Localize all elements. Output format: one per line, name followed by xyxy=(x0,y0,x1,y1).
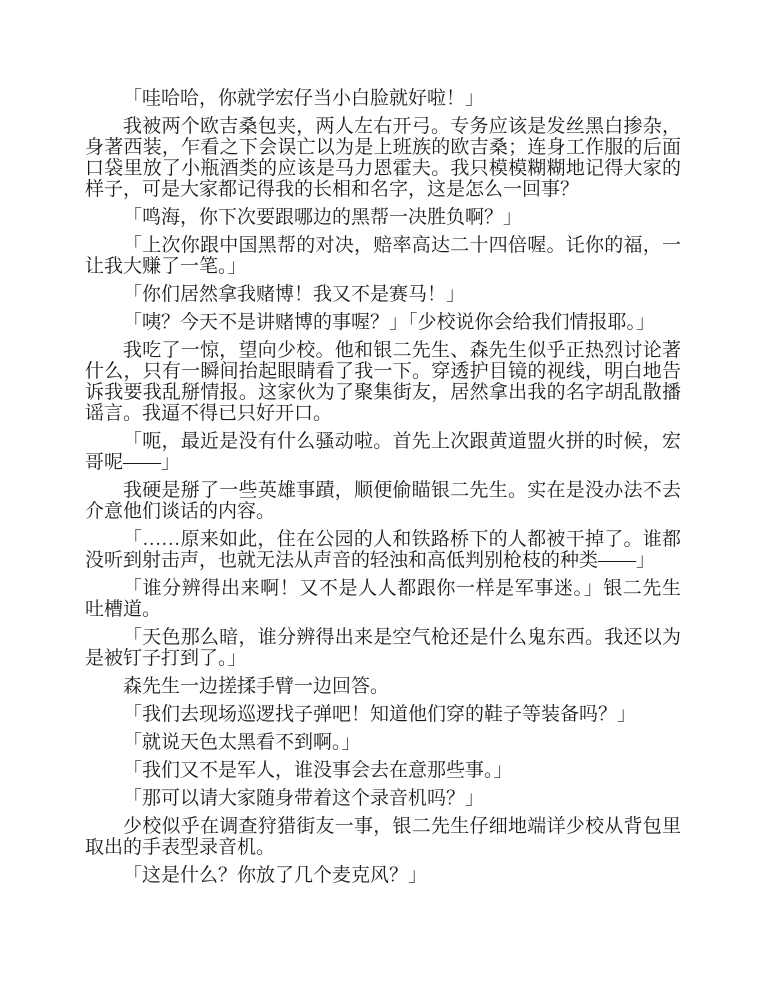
paragraph: 少校似乎在调查狩猎街友一事，银二先生仔细地端详少校从背包里取出的手表型录音机。 xyxy=(85,816,681,858)
paragraph: 「你们居然拿我赌博！我又不是赛马！」 xyxy=(85,284,681,305)
paragraph: 「咦？今天不是讲赌博的事喔？」「少校说你会给我们情报耶。」 xyxy=(85,312,681,333)
paragraph: 「这是什么？你放了几个麦克风？」 xyxy=(85,865,681,886)
paragraph: 「哇哈哈，你就学宏仔当小白脸就好啦！」 xyxy=(85,88,681,109)
paragraph: 我被两个欧吉桑包夹，两人左右开弓。专务应该是发丝黑白掺杂，身著西装，乍看之下会误… xyxy=(85,116,681,200)
paragraph: 「鸣海，你下次要跟哪边的黑帮一决胜负啊？」 xyxy=(85,207,681,228)
paragraph: 「……原来如此，住在公园的人和铁路桥下的人都被干掉了。谁都没听到射击声，也就无法… xyxy=(85,529,681,571)
paragraph: 「我们去现场巡逻找子弹吧！知道他们穿的鞋子等装备吗？」 xyxy=(85,704,681,725)
paragraph: 「我们又不是军人，谁没事会去在意那些事。」 xyxy=(85,760,681,781)
paragraph: 「天色那么暗，谁分辨得出来是空气枪还是什么鬼东西。我还以为是被钉子打到了。」 xyxy=(85,627,681,669)
paragraph: 「那可以请大家随身带着这个录音机吗？」 xyxy=(85,788,681,809)
paragraph: 我吃了一惊，望向少校。他和银二先生、森先生似乎正热烈讨论著什么，只有一瞬间抬起眼… xyxy=(85,340,681,424)
paragraph: 我硬是掰了一些英雄事蹟，顺便偷瞄银二先生。实在是没办法不去介意他们谈话的内容。 xyxy=(85,480,681,522)
text-block: 「哇哈哈，你就学宏仔当小白脸就好啦！」我被两个欧吉桑包夹，两人左右开弓。专务应该… xyxy=(85,88,681,886)
paragraph: 森先生一边搓揉手臂一边回答。 xyxy=(85,676,681,697)
document-page: 「哇哈哈，你就学宏仔当小白脸就好啦！」我被两个欧吉桑包夹，两人左右开弓。专务应该… xyxy=(0,0,765,990)
paragraph: 「上次你跟中国黑帮的对决，赔率高达二十四倍喔。讬你的福，一让我大赚了一笔。」 xyxy=(85,235,681,277)
paragraph: 「就说天色太黑看不到啊。」 xyxy=(85,732,681,753)
paragraph: 「呃，最近是没有什么骚动啦。首先上次跟黄道盟火拼的时候，宏哥呢——」 xyxy=(85,431,681,473)
paragraph: 「谁分辨得出来啊！又不是人人都跟你一样是军事迷。」银二先生吐槽道。 xyxy=(85,578,681,620)
